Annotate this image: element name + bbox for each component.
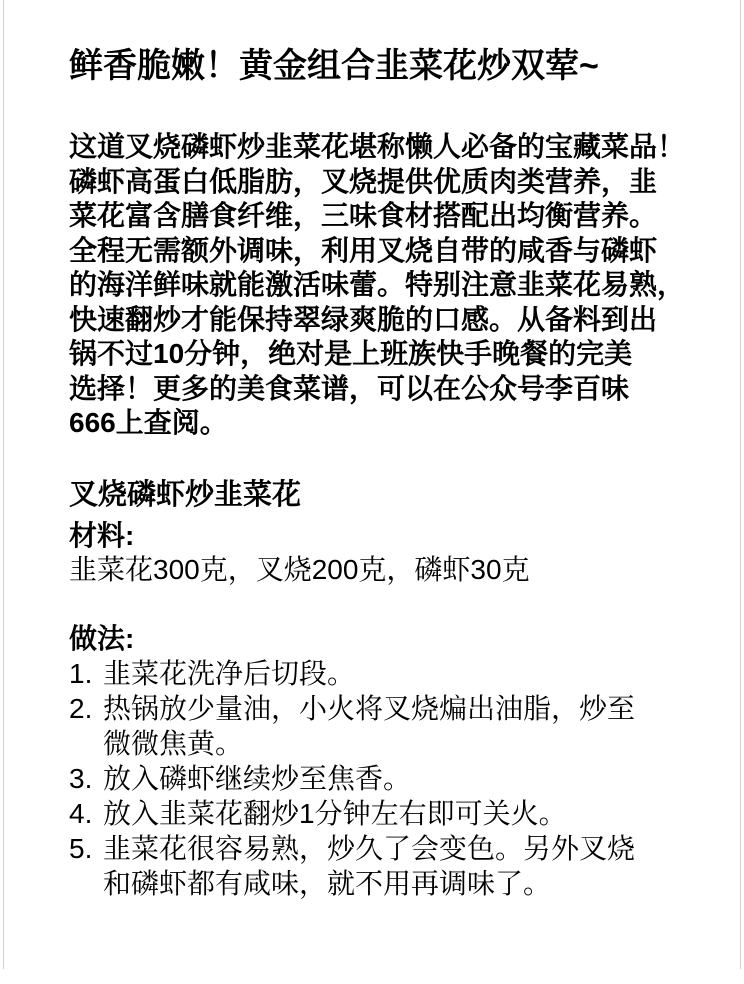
- ingredients-line: 韭菜花300克，叉烧200克，磷虾30克: [69, 553, 710, 587]
- step-item-4: 放入韭菜花翻炒1分钟左右即可关火。: [69, 796, 663, 831]
- ingredients-label: 材料:: [69, 519, 710, 553]
- step-item-5: 韭菜花很容易熟，炒久了会变色。另外叉烧 和磷虾都有咸味，就不用再调味了。: [69, 831, 663, 901]
- step-item-2: 热锅放少量油，小火将叉烧煸出油脂，炒至 微微焦黄。: [69, 691, 663, 761]
- step-item-3: 放入磷虾继续炒至焦香。: [69, 761, 663, 796]
- article-title: 鲜香脆嫩！黄金组合韭菜花炒双荤~: [69, 0, 710, 88]
- intro-paragraph: 这道叉烧磷虾炒韭菜花堪称懒人必备的宝藏菜品！ 磷虾高蛋白低脂肪，叉烧提供优质肉类…: [69, 130, 710, 441]
- document-page: 鲜香脆嫩！黄金组合韭菜花炒双荤~ 这道叉烧磷虾炒韭菜花堪称懒人必备的宝藏菜品！ …: [3, 0, 741, 969]
- steps-label: 做法:: [69, 622, 710, 656]
- steps-list: 韭菜花洗净后切段。 热锅放少量油，小火将叉烧煸出油脂，炒至 微微焦黄。 放入磷虾…: [69, 656, 710, 901]
- step-item-1: 韭菜花洗净后切段。: [69, 656, 663, 691]
- recipe-name-heading: 叉烧磷虾炒韭菜花: [69, 477, 710, 513]
